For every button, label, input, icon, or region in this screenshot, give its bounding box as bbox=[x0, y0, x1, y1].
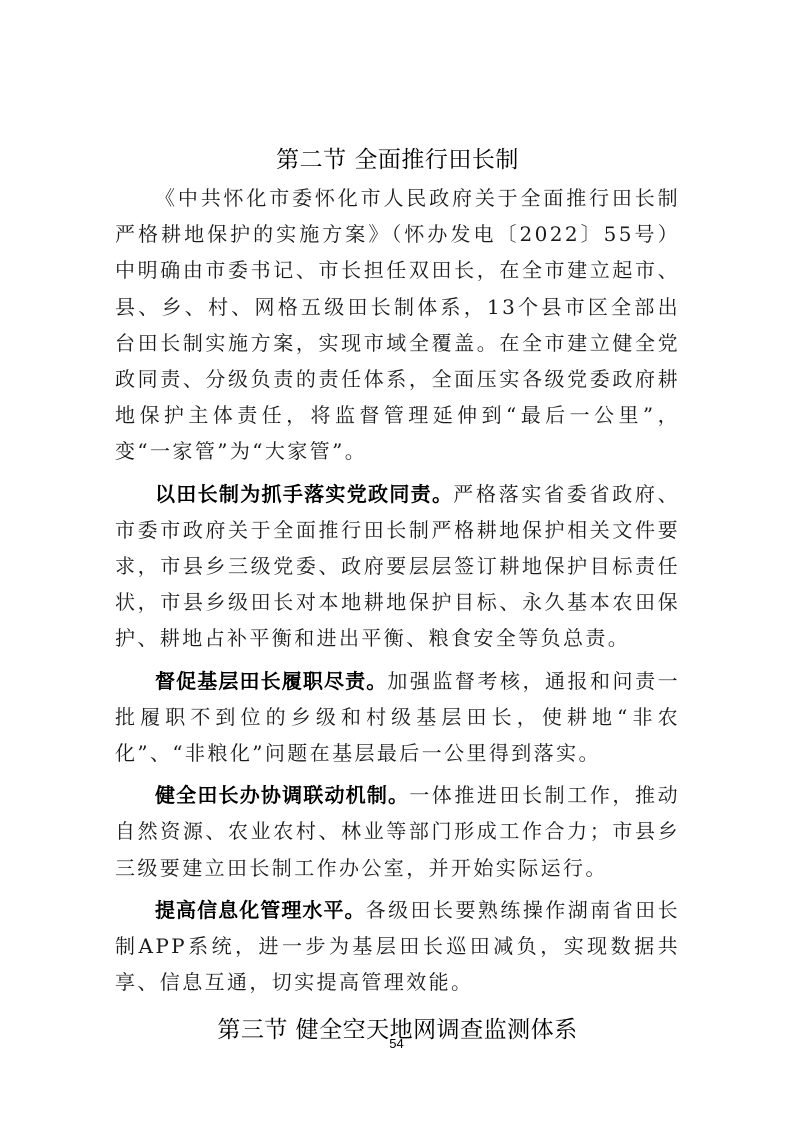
paragraph-lead: 以田长制为抓手落实党政同责。 bbox=[155, 482, 453, 506]
paragraph-text: 《中共怀化市委怀化市人民政府关于全面推行田长制严格耕地保护的实施方案》（怀办发电… bbox=[115, 186, 680, 463]
paragraph-lead: 健全田长办协调联动机制。 bbox=[155, 783, 409, 807]
paragraph-text: 严格落实省委省政府、市委市政府关于全面推行田长制严格耕地保护相关文件要求，市县乡… bbox=[115, 482, 680, 651]
paragraph-informatization: 提高信息化管理水平。各级田长要熟练操作湖南省田长制APP系统，进一步为基层田长巡… bbox=[115, 892, 680, 1001]
document-page: 第二节 全面推行田长制 《中共怀化市委怀化市人民政府关于全面推行田长制严格耕地保… bbox=[115, 140, 680, 1050]
paragraph-lead: 督促基层田长履职尽责。 bbox=[155, 669, 387, 693]
intro-paragraph: 《中共怀化市委怀化市人民政府关于全面推行田长制严格耕地保护的实施方案》（怀办发电… bbox=[115, 180, 680, 470]
paragraph-party-government-responsibility: 以田长制为抓手落实党政同责。严格落实省委省政府、市委市政府关于全面推行田长制严格… bbox=[115, 476, 680, 657]
paragraph-grassroots-field-chief: 督促基层田长履职尽责。加强监督考核，通报和问责一批履职不到位的乡级和村级基层田长… bbox=[115, 663, 680, 772]
section-heading-2: 第二节 全面推行田长制 bbox=[115, 140, 680, 180]
page-number: 54 bbox=[0, 1036, 793, 1051]
paragraph-coordination-mechanism: 健全田长办协调联动机制。一体推进田长制工作，推动自然资源、农业农村、林业等部门形… bbox=[115, 777, 680, 886]
paragraph-lead: 提高信息化管理水平。 bbox=[155, 898, 366, 922]
